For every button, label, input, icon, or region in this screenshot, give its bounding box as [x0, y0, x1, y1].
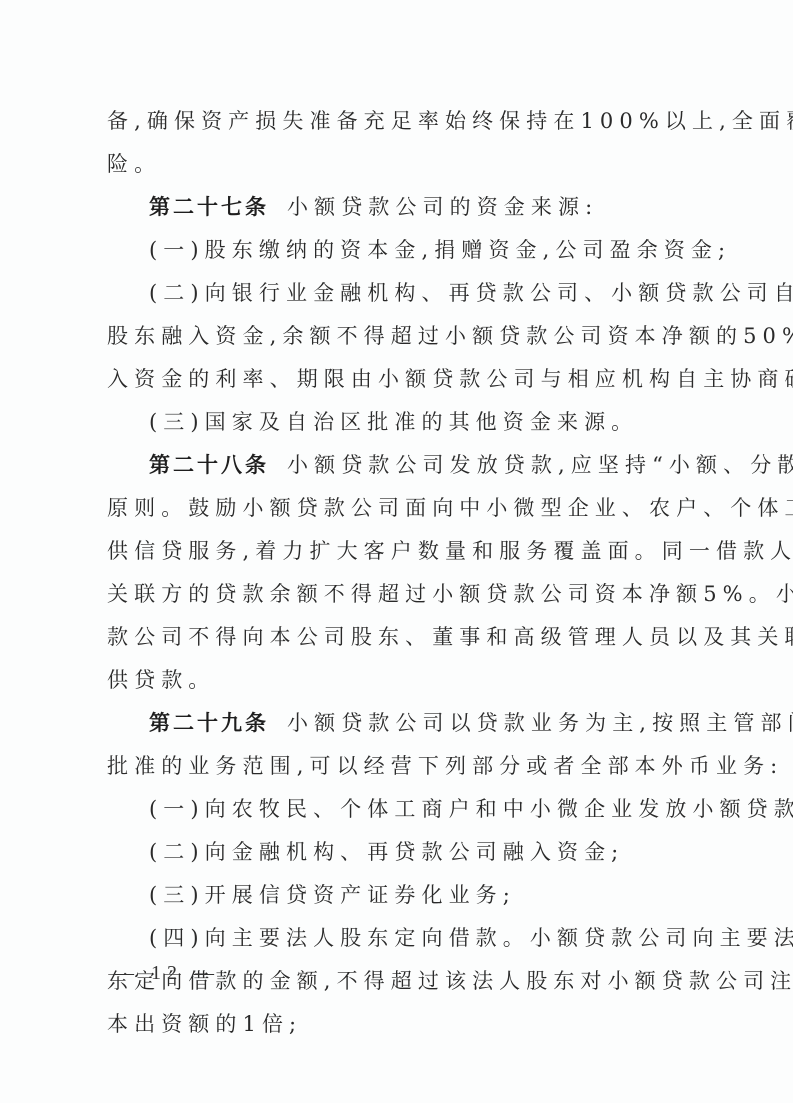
article-text: 小额贷款公司以贷款业务为主,按照主管部门	[287, 711, 793, 735]
page-number: — 12 —	[114, 962, 220, 985]
article-text: 小额贷款公司的资金来源:	[287, 195, 598, 219]
article-text: 小额贷款公司发放贷款,应坚持“小额、分散”的	[287, 453, 793, 477]
text-line: 供信贷服务,着力扩大客户数量和服务覆盖面。同一借款人及其	[107, 530, 697, 573]
list-item: (一)股东缴纳的资本金,捐赠资金,公司盈余资金;	[107, 229, 697, 272]
text-line: 批准的业务范围,可以经营下列部分或者全部本外币业务:	[107, 745, 697, 788]
text-line: 股东融入资金,余额不得超过小额贷款公司资本净额的50%,融	[107, 315, 697, 358]
text-line: 关联方的贷款余额不得超过小额贷款公司资本净额5%。小额贷	[107, 573, 697, 616]
text-line: 入资金的利率、期限由小额贷款公司与相应机构自主协商确定;	[107, 358, 697, 401]
article-number: 第二十八条	[149, 453, 269, 477]
list-item: (一)向农牧民、个体工商户和中小微企业发放小额贷款;	[107, 788, 697, 831]
document-page: 备,确保资产损失准备充足率始终保持在100%以上,全面覆盖风 险。 第二十七条小…	[107, 100, 697, 1046]
article-number: 第二十七条	[149, 195, 269, 219]
article-28-heading: 第二十八条小额贷款公司发放贷款,应坚持“小额、分散”的	[107, 444, 697, 487]
list-item: (二)向金融机构、再贷款公司融入资金;	[107, 831, 697, 874]
list-item: (四)向主要法人股东定向借款。小额贷款公司向主要法人股	[107, 917, 697, 960]
list-item: (三)开展信贷资产证券化业务;	[107, 874, 697, 917]
text-line: 险。	[107, 143, 697, 186]
list-item: (三)国家及自治区批准的其他资金来源。	[107, 401, 697, 444]
list-item: (二)向银行业金融机构、再贷款公司、小额贷款公司自身法人	[107, 272, 697, 315]
text-line: 原则。鼓励小额贷款公司面向中小微型企业、农户、个体工商户提	[107, 487, 697, 530]
article-number: 第二十九条	[149, 711, 269, 735]
article-29-heading: 第二十九条小额贷款公司以贷款业务为主,按照主管部门	[107, 702, 697, 745]
text-line: 备,确保资产损失准备充足率始终保持在100%以上,全面覆盖风	[107, 100, 697, 143]
text-line: 本出资额的1倍;	[107, 1003, 697, 1046]
article-27-heading: 第二十七条小额贷款公司的资金来源:	[107, 186, 697, 229]
text-line: 供贷款。	[107, 659, 697, 702]
text-line: 款公司不得向本公司股东、董事和高级管理人员以及其关联方提	[107, 616, 697, 659]
